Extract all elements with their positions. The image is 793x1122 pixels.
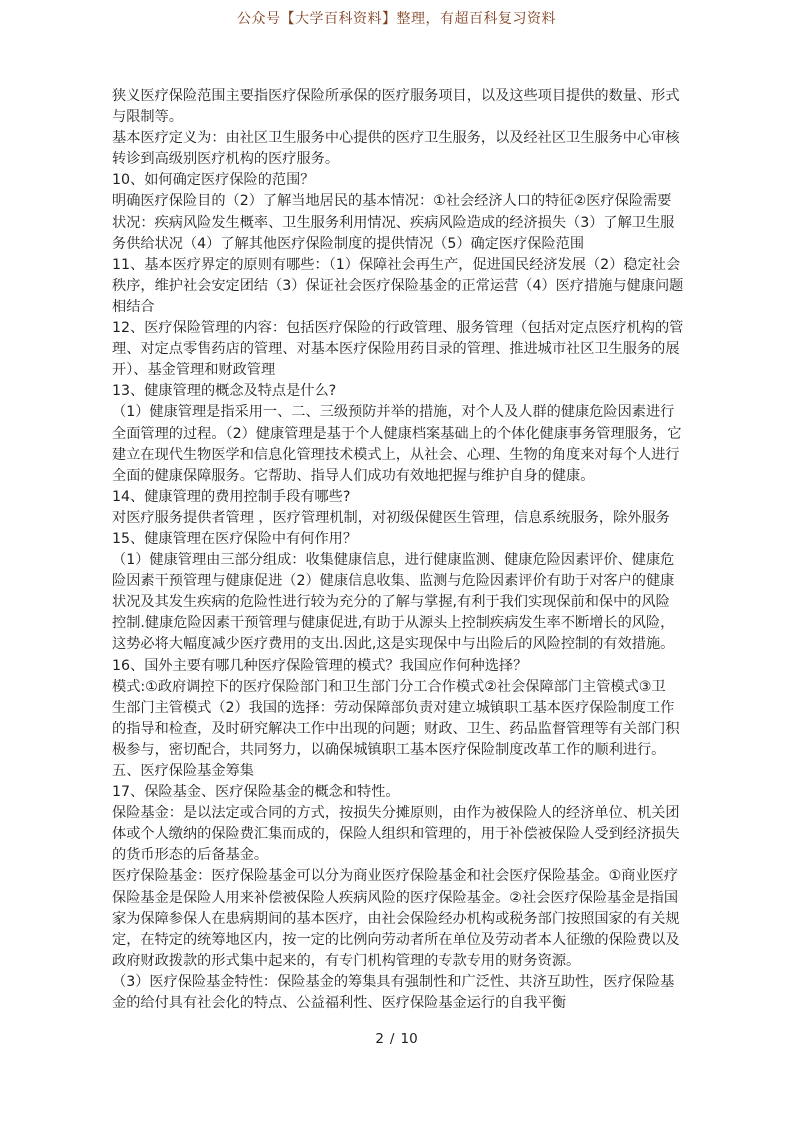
text-line: 14、健康管理的费用控制手段有哪些? <box>112 487 687 508</box>
text-line: 10、如何确定医疗保险的范围？ <box>112 170 687 191</box>
text-line: 12、医疗保险管理的内容：包括医疗保险的行政管理、服务管理（包括对定点医疗机构的… <box>112 318 687 339</box>
page-number-current: 2 <box>372 1031 387 1047</box>
text-line: 家为保障参保人在患病期间的基本医疗，由社会保险经办机构或税务部门按照国家的有关规 <box>112 909 687 930</box>
text-line: 明确医疗保险目的（2）了解当地居民的基本情况：①社会经济人口的特征②医疗保险需要 <box>112 191 687 212</box>
text-line: 险因素干预管理与健康促进（2）健康信息收集、监测与危险因素评价有助于对客户的健康 <box>112 571 687 592</box>
text-line: 15、健康管理在医疗保险中有何作用？ <box>112 529 687 550</box>
page-number-separator: / <box>387 1031 398 1047</box>
text-line: 17、保险基金、医疗保险基金的概念和特性。 <box>112 782 687 803</box>
text-line: 保险基金：是以法定或合同的方式，按损失分摊原则，由作为被保险人的经济单位、机关团 <box>112 803 687 824</box>
text-line: 转诊到高级别医疗机构的医疗服务。 <box>112 149 687 170</box>
text-line: 基本医疗定义为：由社区卫生服务中心提供的医疗卫生服务，以及经社区卫生服务中心审核 <box>112 128 687 149</box>
text-line: 状况及其发生疾病的危险性进行较为充分的了解与掌握,有利于我们实现保前和保中的风险 <box>112 592 687 613</box>
text-line: 16、国外主要有哪几种医疗保险管理的模式？我国应作何种选择？ <box>112 656 687 677</box>
text-line: 对医疗服务提供者管理 ，医疗管理机制，对初级保健医生管理，信息系统服务，除外服务 <box>112 508 687 529</box>
text-line: 相结合 <box>112 297 687 318</box>
text-line: 生部门主管模式（2）我国的选择：劳动保障部负责对建立城镇职工基本医疗保险制度工作 <box>112 698 687 719</box>
page-footer: 2/10 <box>0 1031 793 1047</box>
text-line: 金的给付具有社会化的特点、公益福利性、医疗保险基金运行的自我平衡 <box>112 993 687 1014</box>
text-line: 状况：疾病风险发生概率、卫生服务利用情况、疾病风险造成的经济损失（3）了解卫生服 <box>112 213 687 234</box>
text-line: 的指导和检查，及时研究解决工作中出现的问题；财政、卫生、药品监督管理等有关部门积 <box>112 719 687 740</box>
text-line: 务供给状况（4）了解其他医疗保险制度的提供情况（5）确定医疗保险范围 <box>112 234 687 255</box>
text-line: 11、基本医疗界定的原则有哪些：（1）保障社会再生产，促进国民经济发展（2）稳定… <box>112 255 687 276</box>
text-line: 保险基金是保险人用来补偿被保险人疾病风险的医疗保险基金。②社会医疗保险基金是指国 <box>112 888 687 909</box>
text-line: 极参与，密切配合，共同努力，以确保城镇职工基本医疗保险制度改革工作的顺利进行。 <box>112 740 687 761</box>
text-line: 与限制等。 <box>112 107 687 128</box>
text-line: 体或个人缴纳的保险费汇集而成的，保险人组织和管理的，用于补偿被保险人受到经济损失 <box>112 824 687 845</box>
text-line: 的货币形态的后备基金。 <box>112 845 687 866</box>
text-line: 全面的健康保障服务。它帮助、指导人们成功有效地把握与维护自身的健康。 <box>112 466 687 487</box>
text-line: 医疗保险基金：医疗保险基金可以分为商业医疗保险基金和社会医疗保险基金。①商业医疗 <box>112 866 687 887</box>
document-body: 狭义医疗保险范围主要指医疗保险所承保的医疗服务项目，以及这些项目提供的数量、形式… <box>112 86 687 1014</box>
document-page: 公众号【大学百科资料】整理，有超百科复习资料 狭义医疗保险范围主要指医疗保险所承… <box>0 0 793 1122</box>
text-line: （1）健康管理是指采用一、二、三级预防并举的措施，对个人及人群的健康危险因素进行 <box>112 402 687 423</box>
text-line: 全面管理的过程。（2）健康管理是基于个人健康档案基础上的个体化健康事务管理服务，… <box>112 424 687 445</box>
text-line: 模式:①政府调控下的医疗保险部门和卫生部门分工合作模式②社会保障部门主管模式③卫 <box>112 677 687 698</box>
text-line: 13、健康管理的概念及特点是什么? <box>112 381 687 402</box>
text-line: 五、医疗保险基金筹集 <box>112 761 687 782</box>
text-line: 理、对定点零售药店的管理、对基本医疗保险用药目录的管理、推进城市社区卫生服务的展 <box>112 339 687 360</box>
page-number-total: 10 <box>397 1031 420 1047</box>
text-line: 控制.健康危险因素干预管理与健康促进,有助于从源头上控制疾病发生率不断增长的风险… <box>112 613 687 634</box>
text-line: 定，在特定的统筹地区内，按一定的比例向劳动者所在单位及劳动者本人征缴的保险费以及 <box>112 930 687 951</box>
text-line: （3）医疗保险基金特性：保险基金的筹集具有强制性和广泛性、共济互助性，医疗保险基 <box>112 972 687 993</box>
text-line: 秩序，维护社会安定团结（3）保证社会医疗保险基金的正常运营（4）医疗措施与健康问… <box>112 276 687 297</box>
text-line: 开）、基金管理和财政管理 <box>112 360 687 381</box>
text-line: 政府财政拨款的形式集中起来的，有专门机构管理的专款专用的财务资源。 <box>112 951 687 972</box>
text-line: 建立在现代生物医学和信息化管理技术模式上，从社会、心理、生物的角度来对每个人进行 <box>112 445 687 466</box>
text-line: 狭义医疗保险范围主要指医疗保险所承保的医疗服务项目，以及这些项目提供的数量、形式 <box>112 86 687 107</box>
text-line: （1）健康管理由三部分组成：收集健康信息，进行健康监测、健康危险因素评价、健康危 <box>112 550 687 571</box>
page-header: 公众号【大学百科资料】整理，有超百科复习资料 <box>0 8 793 28</box>
text-line: 这势必将大幅度减少医疗费用的支出.因此,这是实现保中与出险后的风险控制的有效措施… <box>112 634 687 655</box>
